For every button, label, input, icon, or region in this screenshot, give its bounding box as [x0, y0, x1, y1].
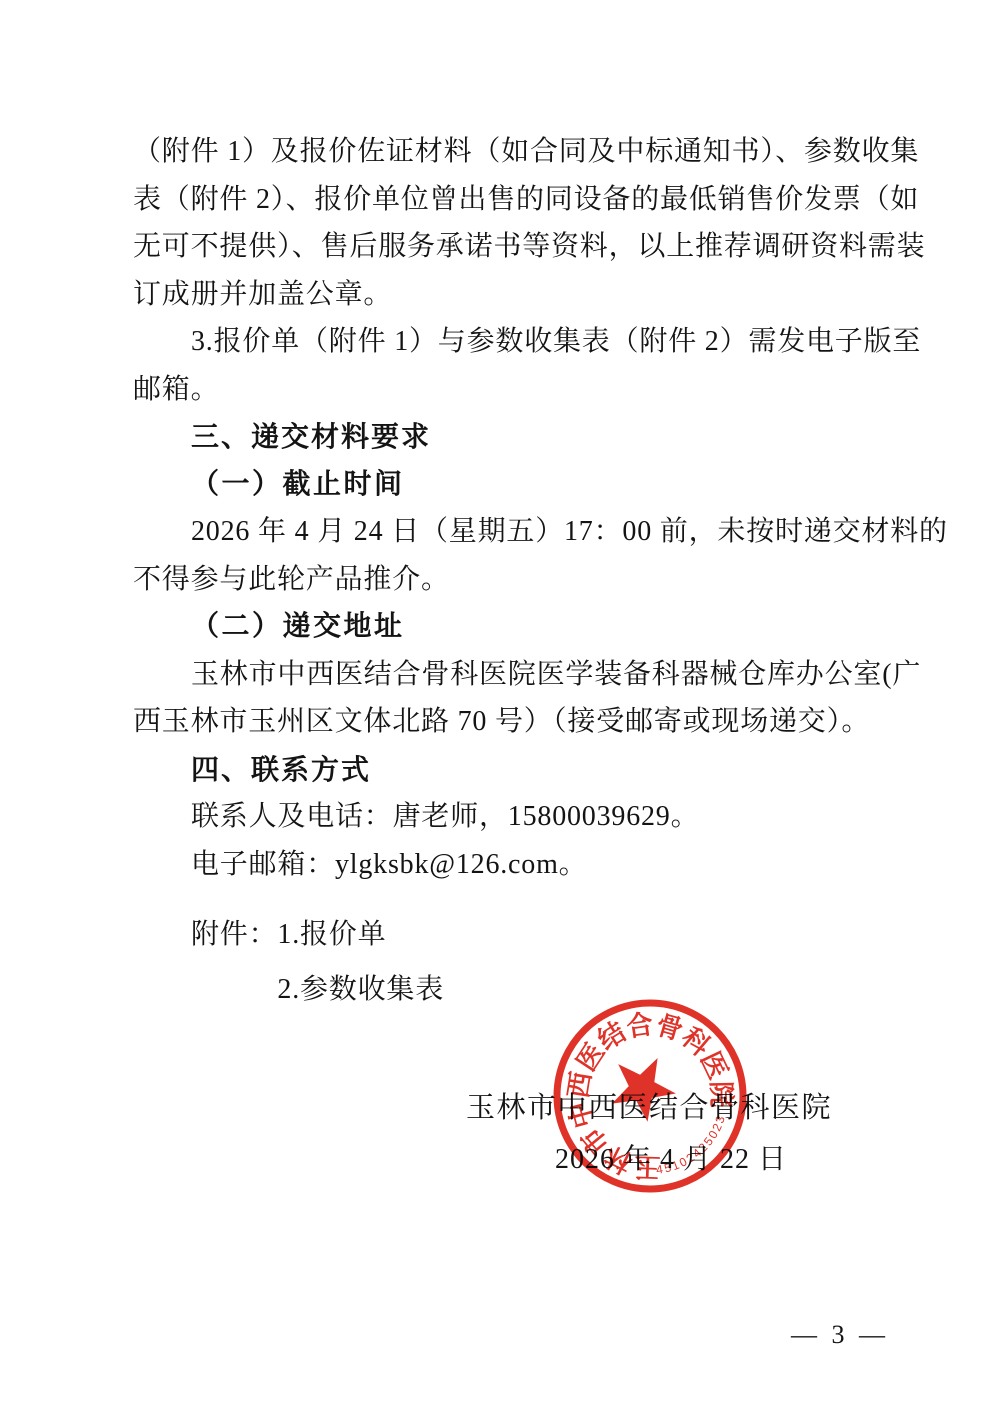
paragraph-line: 表（附件 2）、报价单位曾出售的同设备的最低销售价发票（如: [133, 176, 883, 224]
paragraph-line: 订成册并加盖公章。: [133, 271, 883, 319]
attachments-label: 附件：: [191, 911, 277, 959]
official-seal-stamp: 玉林市中西医结合骨科医院 45102425023: [535, 981, 765, 1211]
paragraph-line: 无可不提供）、售后服务承诺书等资料，以上推荐调研资料需装: [133, 223, 883, 271]
paragraph-line: 玉林市中西医结合骨科医院医学装备科器械仓库办公室(广: [133, 651, 883, 699]
paragraph-line: 3.报价单（附件 1）与参数收集表（附件 2）需发电子版至: [133, 318, 883, 366]
paragraph-line: 2026 年 4 月 24 日（星期五）17：00 前，未按时递交材料的: [133, 508, 883, 556]
page-number: — 3 —: [770, 1320, 910, 1350]
paragraph-line: 西玉林市玉州区文体北路 70 号）（接受邮寄或现场递交）。: [133, 698, 883, 746]
attachment-item: 1.报价单: [277, 911, 883, 959]
document-body: （附件 1）及报价佐证材料（如合同及中标通知书）、参数收集 表（附件 2）、报价…: [133, 128, 883, 1013]
sub-heading: （一）截止时间: [133, 461, 883, 509]
paragraph-line: 邮箱。: [133, 366, 883, 414]
section-heading: 三、递交材料要求: [133, 413, 883, 461]
document-page: { "page": { "number": "— 3 —" }, "docume…: [0, 0, 1000, 1415]
attachments-block: 附件： 1.报价单 2.参数收集表: [133, 911, 883, 1013]
section-heading: 四、联系方式: [133, 746, 883, 794]
contact-email-line: 电子邮箱：ylgksbk@126.com。: [133, 841, 883, 889]
paragraph-line: （附件 1）及报价佐证材料（如合同及中标通知书）、参数收集: [133, 128, 883, 176]
sub-heading: （二）递交地址: [133, 603, 883, 651]
paragraph-line: 不得参与此轮产品推介。: [133, 556, 883, 604]
contact-phone-line: 联系人及电话：唐老师，15800039629。: [133, 793, 883, 841]
